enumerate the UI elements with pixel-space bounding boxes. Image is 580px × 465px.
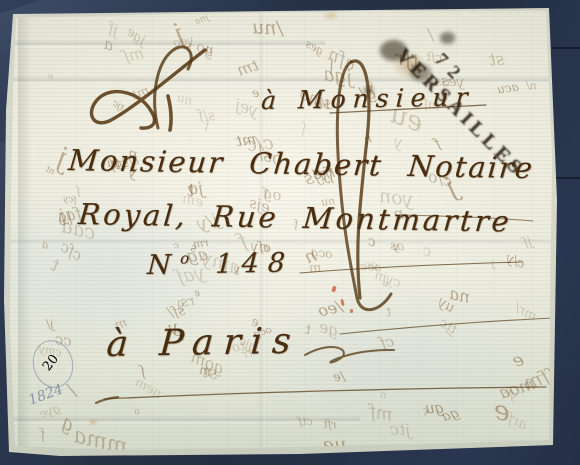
ghost-writing-mark: n	[302, 247, 319, 268]
ghost-writing-mark: j/	[45, 318, 54, 331]
red-ink-speck	[350, 309, 353, 313]
photo-backdrop: fffguntmr/sf/ſfmcfjuec/yrftſmmaasmog/ecy…	[0, 0, 580, 465]
ghost-writing-mark: f	[203, 120, 212, 132]
ghost-writing-mark: yeo	[172, 33, 195, 49]
ghost-writing-mark: as	[390, 240, 405, 254]
ghost-writing-mark: c	[367, 234, 378, 249]
ghost-writing-mark: mt	[130, 84, 151, 102]
ghost-writing-mark: yej	[233, 97, 260, 119]
pen-stroke	[300, 262, 522, 273]
address-recipient-line: Monsieur Chabert Notaire	[67, 143, 536, 185]
address-number-prefix: N	[146, 249, 180, 281]
ghost-writing-mark: arſ	[505, 411, 529, 432]
ghost-writing-mark: /	[324, 58, 338, 77]
sender-paraph	[168, 96, 171, 130]
pen-stroke	[305, 347, 394, 363]
ghost-writing-mark: cfc	[58, 239, 85, 263]
ghost-writing-mark: mr/	[512, 302, 538, 324]
ghost-writing-mark: y	[393, 241, 400, 253]
ghost-writing-mark: g	[176, 296, 185, 309]
ghost-writing-mark: jge	[124, 25, 148, 47]
ghost-writing-mark: n/	[526, 80, 538, 92]
red-ink-speck	[340, 299, 345, 307]
ghost-writing-mark: u	[203, 42, 216, 57]
ghost-writing-mark: jſ	[522, 235, 533, 249]
ghost-writing-mark: a	[102, 36, 116, 54]
ghost-writing-mark: r	[258, 183, 273, 202]
ghost-writing-mark: /nu	[252, 18, 284, 39]
stain	[322, 10, 340, 21]
ghost-writing-mark: e	[193, 288, 202, 299]
red-ink-speck	[331, 285, 337, 292]
ghost-writing-mark: nu	[176, 91, 194, 107]
ghost-writing-mark: /	[67, 382, 77, 401]
ghost-writing-mark: cym	[373, 269, 403, 290]
backdrop-seam	[552, 47, 580, 49]
fold-crease	[0, 238, 580, 247]
ghost-writing-mark: afn	[325, 46, 359, 75]
ghost-writing-mark: nt	[43, 165, 56, 178]
ghost-writing-mark: ga	[440, 406, 461, 424]
ghost-writing-mark: fcy	[62, 195, 77, 206]
ghost-writing-mark: jo	[188, 181, 204, 198]
sender-paraph	[92, 50, 205, 128]
ghost-writing-mark: t	[386, 306, 391, 319]
address-number-line: No 148	[146, 247, 294, 281]
ghost-writing-mark: c/y	[504, 252, 527, 271]
ghost-writing-mark: ge	[317, 319, 340, 339]
ghost-writing-mark: st	[201, 364, 219, 383]
ghost-writing-mark: e	[510, 351, 526, 371]
ghost-writing-mark: ſ	[76, 185, 81, 197]
ghost-writing-mark: r	[419, 405, 431, 419]
ghost-writing-mark: a	[40, 238, 50, 251]
pen-stroke	[340, 317, 577, 334]
pen-stroke	[96, 397, 118, 403]
ghost-writing-mark: j	[491, 260, 495, 270]
pen-stroke	[104, 387, 546, 399]
ghost-writing-mark: yu	[502, 384, 521, 402]
ghost-writing-mark: gu	[425, 401, 445, 417]
address-number-sup: o	[180, 249, 199, 267]
ghost-writing-mark: go	[194, 39, 217, 60]
ghost-writing-mark: sf/	[167, 304, 186, 321]
ghost-writing-mark: u	[380, 279, 389, 290]
ghost-writing-mark: /g	[57, 209, 75, 227]
ghost-writing-mark: c	[420, 243, 435, 260]
address-number: 148	[215, 247, 295, 279]
ghost-writing-mark: m	[198, 364, 213, 380]
ghost-writing-mark: ocg	[310, 246, 333, 260]
ghost-writing-mark: gc	[365, 259, 379, 270]
ghost-writing-mark: t	[186, 182, 195, 201]
ghost-writing-mark: /e	[333, 371, 346, 385]
pencil-collector-number: 20	[40, 352, 62, 374]
ghost-writing-mark: mſ	[122, 45, 146, 65]
ghost-writing-mark: t	[303, 322, 312, 337]
ghost-writing-mark: rft	[323, 419, 337, 431]
ghost-writing-mark: o	[132, 407, 141, 417]
stain	[88, 418, 98, 426]
ghost-writing-mark: tjc	[110, 100, 125, 114]
ghost-writing-mark: jf	[105, 21, 120, 39]
ghost-writing-mark: e	[47, 72, 53, 82]
address-city-line: à Paris	[105, 321, 302, 365]
ink-smudge	[440, 32, 455, 44]
ghost-writing-mark: moa	[497, 376, 537, 403]
ghost-writing-mark: j	[172, 19, 186, 48]
ghost-writing-mark: e	[252, 87, 260, 99]
ghost-writing-mark: ges	[304, 38, 326, 57]
sender-paraph	[155, 47, 192, 128]
ghost-writing-mark: uy	[436, 295, 458, 316]
ghost-writing-mark: jtc	[390, 421, 411, 438]
ghost-writing-mark: cf	[379, 334, 395, 351]
fold-crease	[0, 40, 325, 49]
ghost-writing-mark: e	[493, 397, 512, 426]
pencil-year-note: 1824	[26, 381, 65, 408]
ghost-writing-mark: t	[47, 256, 62, 275]
ghost-writing-mark: tm	[235, 57, 260, 79]
ghost-writing-mark: m	[309, 262, 322, 275]
ghost-writing-mark: ttc	[437, 316, 459, 337]
ghost-writing-mark: rm	[192, 237, 209, 250]
ghost-writing-mark: rs	[180, 294, 195, 309]
ghost-writing-mark: mf	[368, 403, 394, 425]
ghost-writing-mark: s/f	[198, 109, 216, 124]
ghost-writing-mark: acu	[496, 80, 519, 95]
ghost-writing-mark: /	[447, 331, 453, 341]
ghost-writing-mark: ſ	[298, 122, 309, 137]
fold-crease	[0, 416, 360, 425]
address-street-line: Royal, Rue Montmartre	[77, 197, 513, 239]
ghost-writing-mark: oee	[360, 260, 382, 273]
ghost-writing-mark: n	[363, 132, 374, 146]
ghost-writing-mark: na	[447, 286, 471, 307]
ghost-writing-mark: ctf	[298, 416, 313, 427]
ghost-writing-mark: st	[489, 52, 505, 70]
letter-sheet: fffguntmr/sf/ſfmcfjuec/yrftſmmaasmog/ecy…	[0, 0, 580, 465]
ghost-writing-mark: f	[38, 428, 46, 443]
ghost-writing-mark: nem	[133, 376, 164, 401]
address-salutation: à Monsieur	[260, 82, 475, 115]
ghost-writing-mark: n	[379, 390, 388, 401]
ghost-writing-mark: ſ	[140, 365, 145, 379]
ghost-writing-mark: jna	[194, 14, 210, 27]
ghost-writing-mark: g	[58, 413, 78, 436]
